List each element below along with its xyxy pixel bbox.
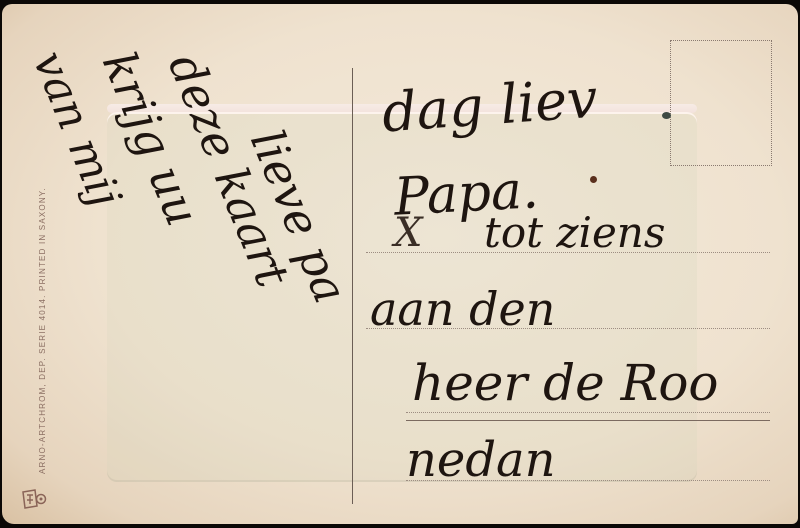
publisher-imprint: ARNO-ARTCHROM, DEP. SERIE 4014. PRINTED …: [38, 187, 47, 474]
address-line-nedan: nedan: [406, 432, 556, 488]
ink-blot: [662, 112, 671, 119]
stamp-box: [670, 40, 772, 166]
crossed-out-mark: X: [394, 210, 422, 256]
address-rule-underline: [406, 420, 770, 421]
postcard-back: ARNO-ARTCHROM, DEP. SERIE 4014. PRINTED …: [2, 4, 798, 524]
publisher-logo-icon: [19, 488, 47, 510]
address-line-tot-ziens: tot ziens: [484, 208, 665, 257]
address-line-aan-den: aan den: [370, 282, 555, 336]
address-line-heer-de-roo: heer de Roo: [412, 354, 719, 412]
address-rule-3: [406, 412, 770, 413]
ink-blot: [590, 176, 597, 183]
